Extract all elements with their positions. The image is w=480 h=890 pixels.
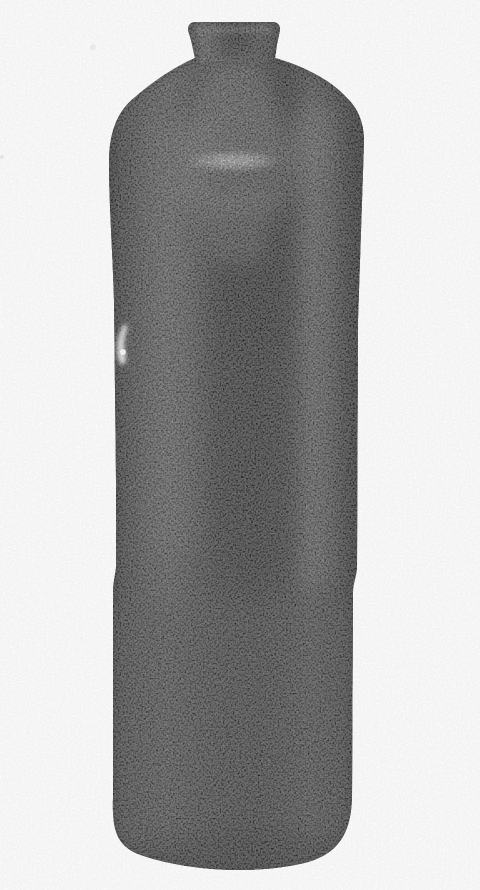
bottle-shading bbox=[95, 10, 385, 890]
paper-speck bbox=[90, 44, 96, 50]
scratch-dot bbox=[120, 349, 126, 355]
halftone-dot-layer bbox=[95, 10, 385, 885]
paper-speck bbox=[454, 238, 457, 241]
paper-speck bbox=[0, 155, 4, 159]
halftone-photo bbox=[0, 0, 480, 890]
photo-stage bbox=[0, 0, 480, 890]
